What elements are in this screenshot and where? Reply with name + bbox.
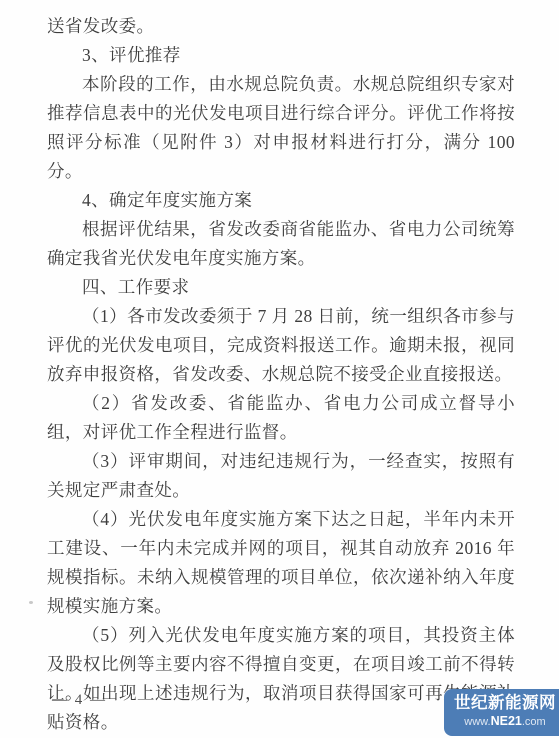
watermark-url-prefix: www.	[464, 716, 490, 728]
document-paragraph: 送省发改委。	[47, 12, 515, 41]
document-paragraph: 4、确定年度实施方案	[47, 186, 515, 215]
page-number: — 4 —	[52, 692, 107, 709]
watermark-url-domain: NE21	[491, 714, 522, 728]
document-paragraph: 四、工作要求	[47, 273, 515, 302]
watermark-url-suffix: .com	[522, 716, 546, 728]
watermark-title: 世纪新能源网	[444, 693, 559, 714]
scan-artifact-dot	[29, 601, 33, 604]
document-body: 送省发改委。3、评优推荐本阶段的工作，由水规总院负责。水规总院组织专家对推荐信息…	[47, 12, 515, 737]
watermark-url: www.NE21.com	[444, 714, 559, 729]
document-paragraph: 根据评优结果，省发改委商省能监办、省电力公司统筹确定我省光伏发电年度实施方案。	[47, 215, 515, 273]
document-paragraph: （1）各市发改委须于 7 月 28 日前，统一组织各市参与评优的光伏发电项目，完…	[47, 302, 515, 389]
document-page: 送省发改委。3、评优推荐本阶段的工作，由水规总院负责。水规总院组织专家对推荐信息…	[0, 0, 559, 738]
watermark-badge: 世纪新能源网 www.NE21.com	[444, 689, 559, 736]
document-paragraph: （4）光伏发电年度实施方案下达之日起，半年内未开工建设、一年内未完成并网的项目，…	[47, 505, 515, 621]
document-paragraph: 本阶段的工作，由水规总院负责。水规总院组织专家对推荐信息表中的光伏发电项目进行综…	[47, 70, 515, 186]
document-paragraph: （2）省发改委、省能监办、省电力公司成立督导小组，对评优工作全程进行监督。	[47, 389, 515, 447]
document-paragraph: （3）评审期间，对违纪违规行为，一经查实，按照有关规定严肃查处。	[47, 447, 515, 505]
document-paragraph: 3、评优推荐	[47, 41, 515, 70]
